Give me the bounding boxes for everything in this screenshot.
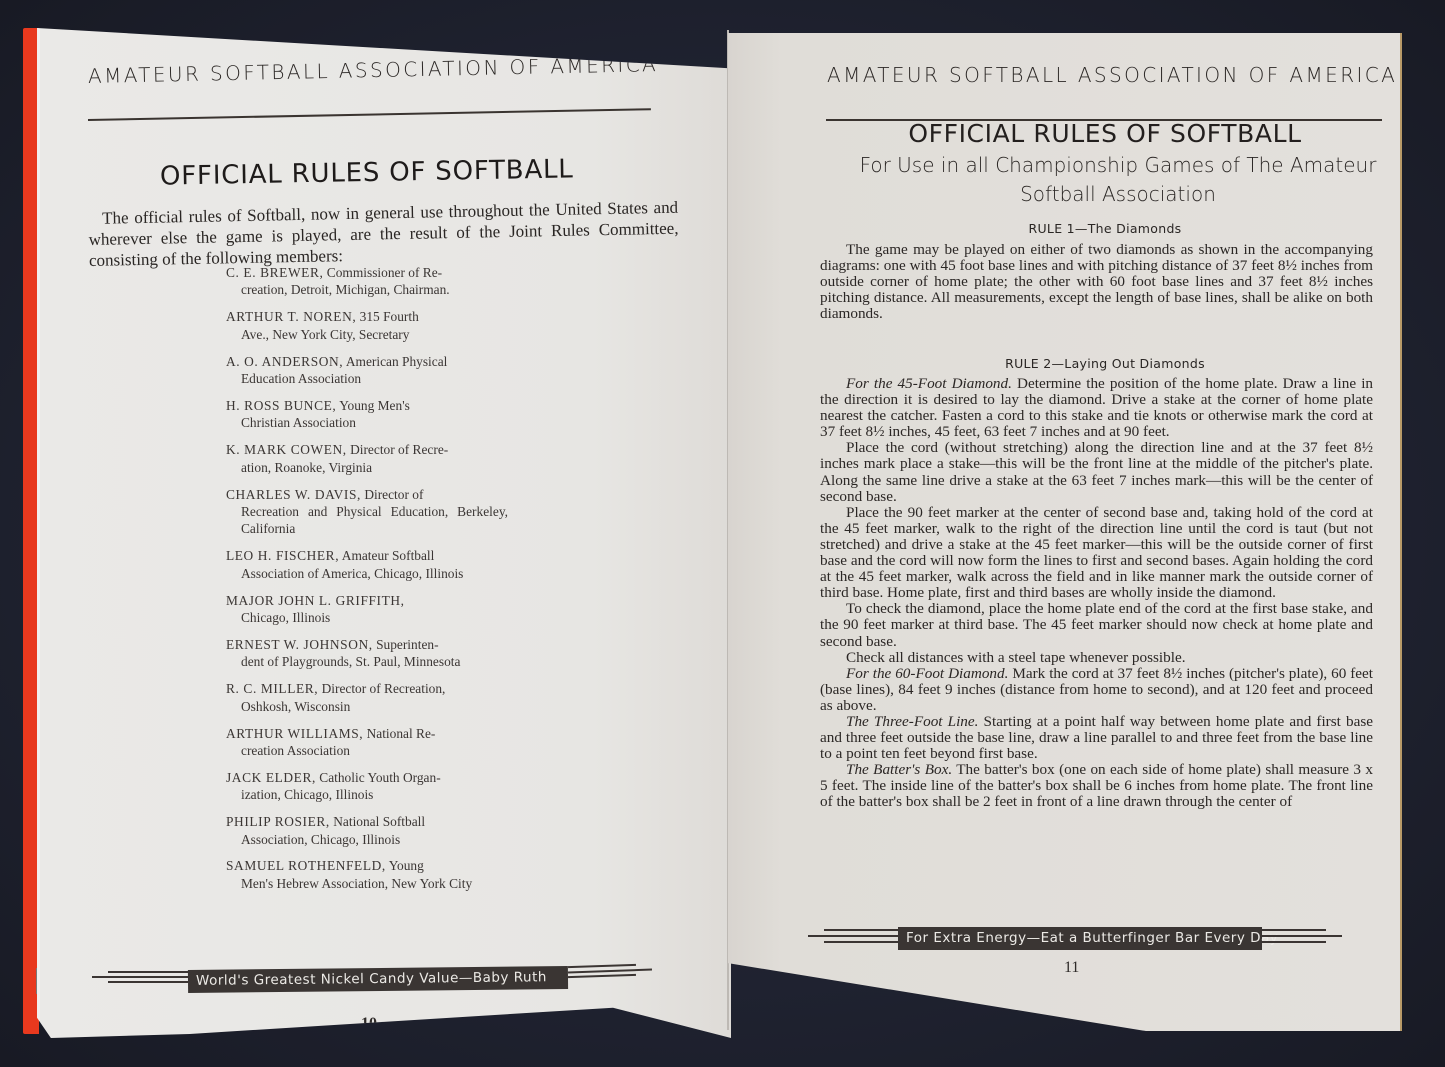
committee-member: ARTHUR T. NOREN, 315 FourthAve., New Yor… — [226, 308, 508, 343]
paragraph-text: Check all distances with a steel tape wh… — [846, 649, 1186, 666]
baby-ruth-ad: World's Greatest Nickel Candy Value—Baby… — [188, 966, 568, 993]
committee-member: JACK ELDER, Catholic Youth Organ-ization… — [226, 769, 508, 804]
member-role: 315 Fourth — [356, 309, 419, 324]
member-line-1: JACK ELDER, Catholic Youth Organ- — [226, 769, 508, 786]
paragraph-lead: The Three-Foot Line. — [846, 713, 978, 730]
rule-2-paragraph: To check the diamond, place the home pla… — [820, 601, 1373, 649]
member-role: Director of Recre- — [347, 442, 449, 457]
member-role: American Physical — [343, 354, 447, 369]
member-line-rest: Association of America, Chicago, Illinoi… — [226, 565, 508, 582]
running-head: AMATEUR SOFTBALL ASSOCIATION OF AMERICA — [827, 63, 1397, 87]
member-line-1: H. ROSS BUNCE, Young Men's — [226, 397, 508, 414]
red-cover-edge — [23, 28, 39, 1034]
member-name: K. MARK COWEN, — [226, 442, 347, 457]
member-role: Superinten- — [373, 637, 439, 652]
member-line-1: ERNEST W. JOHNSON, Superinten- — [226, 636, 508, 653]
member-name: JACK ELDER, — [226, 770, 316, 785]
member-line-rest: Recreation and Physical Education, Berke… — [226, 503, 508, 538]
member-line-1: MAJOR JOHN L. GRIFFITH, — [226, 592, 508, 609]
paragraph-text: Place the cord (without stretching) alon… — [820, 439, 1373, 504]
member-line-rest: Men's Hebrew Association, New York City — [226, 875, 508, 892]
member-line-1: K. MARK COWEN, Director of Recre- — [226, 441, 508, 458]
committee-member: LEO H. FISCHER, Amateur SoftballAssociat… — [226, 547, 508, 582]
paragraph-lead: For the 60-Foot Diamond. — [846, 665, 1008, 682]
member-line-1: SAMUEL ROTHENFELD, Young — [226, 857, 508, 874]
member-role: Young Men's — [336, 398, 409, 413]
member-line-rest: creation, Detroit, Michigan, Chairman. — [226, 281, 508, 298]
rule-2-paragraph: Place the cord (without stretching) alon… — [820, 440, 1373, 504]
member-line-rest: dent of Playgrounds, St. Paul, Minnesota — [226, 653, 508, 670]
member-line-1: ARTHUR T. NOREN, 315 Fourth — [226, 308, 508, 325]
committee-member-list: C. E. BREWER, Commissioner of Re-creatio… — [226, 264, 508, 902]
butterfinger-ad: For Extra Energy—Eat a Butterfinger Bar … — [898, 927, 1262, 950]
member-role: Commissioner of Re- — [323, 265, 442, 280]
member-role: National Re- — [363, 726, 435, 741]
intro-paragraph: The official rules of Softball, now in g… — [88, 197, 679, 271]
committee-member: ERNEST W. JOHNSON, Superinten-dent of Pl… — [226, 636, 508, 671]
member-line-rest: ation, Roanoke, Virginia — [226, 459, 508, 476]
member-line-1: CHARLES W. DAVIS, Director of — [226, 486, 508, 503]
paragraph-lead: The Batter's Box. — [846, 761, 952, 778]
member-name: CHARLES W. DAVIS, — [226, 487, 361, 502]
member-role: Director of Recreation, — [318, 681, 445, 696]
member-name: MAJOR JOHN L. GRIFFITH, — [226, 593, 405, 608]
committee-member: K. MARK COWEN, Director of Recre-ation, … — [226, 441, 508, 476]
member-name: ARTHUR T. NOREN, — [226, 309, 356, 324]
rule-2-text: For the 45-Foot Diamond. Determine the p… — [820, 376, 1373, 811]
rule-2-paragraph: Check all distances with a steel tape wh… — [820, 650, 1373, 666]
member-name: ERNEST W. JOHNSON, — [226, 637, 373, 652]
member-line-rest: Chicago, Illinois — [226, 609, 508, 626]
committee-member: CHARLES W. DAVIS, Director ofRecreation … — [226, 486, 508, 538]
member-name: SAMUEL ROTHENFELD, — [226, 858, 386, 873]
committee-member: C. E. BREWER, Commissioner of Re-creatio… — [226, 264, 508, 299]
committee-member: H. ROSS BUNCE, Young Men'sChristian Asso… — [226, 397, 508, 432]
member-line-rest: Oshkosh, Wisconsin — [226, 698, 508, 715]
committee-member: R. C. MILLER, Director of Recreation,Osh… — [226, 680, 508, 715]
committee-member: MAJOR JOHN L. GRIFFITH,Chicago, Illinois — [226, 592, 508, 627]
footer-banner: For Extra Energy—Eat a Butterfinger Bar … — [808, 927, 1368, 951]
member-line-1: C. E. BREWER, Commissioner of Re- — [226, 264, 508, 281]
rule-1-heading: RULE 1—The Diamonds — [728, 221, 1445, 236]
member-line-1: ARTHUR WILLIAMS, National Re- — [226, 725, 508, 742]
committee-member: A. O. ANDERSON, American PhysicalEducati… — [226, 353, 508, 388]
member-name: LEO H. FISCHER, — [226, 548, 339, 563]
page-title: OFFICIAL RULES OF SOFTBALL — [728, 119, 1445, 148]
rule-2-paragraph: The Batter's Box. The batter's box (one … — [820, 762, 1373, 810]
member-line-rest: Christian Association — [226, 414, 508, 431]
page-number: 10 — [361, 1015, 377, 1033]
member-name: ARTHUR WILLIAMS, — [226, 726, 363, 741]
footer-banner: World's Greatest Nickel Candy Value—Baby… — [108, 968, 668, 992]
member-name: R. C. MILLER, — [226, 681, 318, 696]
rule-2-heading: RULE 2—Laying Out Diamonds — [728, 356, 1445, 371]
member-name: PHILIP ROSIER, — [226, 814, 330, 829]
member-line-rest: Education Association — [226, 370, 508, 387]
page-subtitle: For Use in all Championship Games of The… — [828, 151, 1408, 209]
member-line-rest: Ave., New York City, Secretary — [226, 326, 508, 343]
rule-2-paragraph: For the 45-Foot Diamond. Determine the p… — [820, 376, 1373, 440]
header-rule — [88, 108, 651, 121]
member-line-rest: Association, Chicago, Illinois — [226, 831, 508, 848]
member-name: C. E. BREWER, — [226, 265, 323, 280]
committee-member: PHILIP ROSIER, National SoftballAssociat… — [226, 813, 508, 848]
rule-1-paragraph: The game may be played on either of two … — [820, 242, 1373, 322]
member-line-1: PHILIP ROSIER, National Softball — [226, 813, 508, 830]
member-role: Young — [386, 858, 424, 873]
member-role: National Softball — [330, 814, 425, 829]
member-name: A. O. ANDERSON, — [226, 354, 343, 369]
page-title: OFFICIAL RULES OF SOFTBALL — [160, 154, 574, 191]
member-line-1: R. C. MILLER, Director of Recreation, — [226, 680, 508, 697]
member-line-rest: creation Association — [226, 742, 508, 759]
paragraph-lead: For the 45-Foot Diamond. — [846, 375, 1012, 392]
member-line-1: LEO H. FISCHER, Amateur Softball — [226, 547, 508, 564]
rule-2-paragraph: For the 60-Foot Diamond. Mark the cord a… — [820, 666, 1373, 714]
right-page: AMATEUR SOFTBALL ASSOCIATION OF AMERICA … — [728, 33, 1402, 1031]
member-name: H. ROSS BUNCE, — [226, 398, 336, 413]
paragraph-text: Place the 90 feet marker at the center o… — [820, 504, 1373, 601]
left-page: AMATEUR SOFTBALL ASSOCIATION OF AMERICA … — [37, 28, 731, 1038]
running-head: AMATEUR SOFTBALL ASSOCIATION OF AMERICA — [88, 52, 659, 88]
page-number: 11 — [1064, 959, 1079, 977]
member-line-1: A. O. ANDERSON, American Physical — [226, 353, 508, 370]
member-line-rest: ization, Chicago, Illinois — [226, 786, 508, 803]
rule-1-text: The game may be played on either of two … — [820, 242, 1373, 322]
paragraph-text: To check the diamond, place the home pla… — [820, 600, 1373, 649]
committee-member: ARTHUR WILLIAMS, National Re-creation As… — [226, 725, 508, 760]
intro-text: The official rules of Softball, now in g… — [88, 197, 679, 271]
rule-2-paragraph: The Three-Foot Line. Starting at a point… — [820, 714, 1373, 762]
member-role: Catholic Youth Organ- — [316, 770, 441, 785]
member-role: Amateur Softball — [339, 548, 434, 563]
member-role: Director of — [361, 487, 423, 502]
rule-2-paragraph: Place the 90 feet marker at the center o… — [820, 505, 1373, 602]
committee-member: SAMUEL ROTHENFELD, YoungMen's Hebrew Ass… — [226, 857, 508, 892]
